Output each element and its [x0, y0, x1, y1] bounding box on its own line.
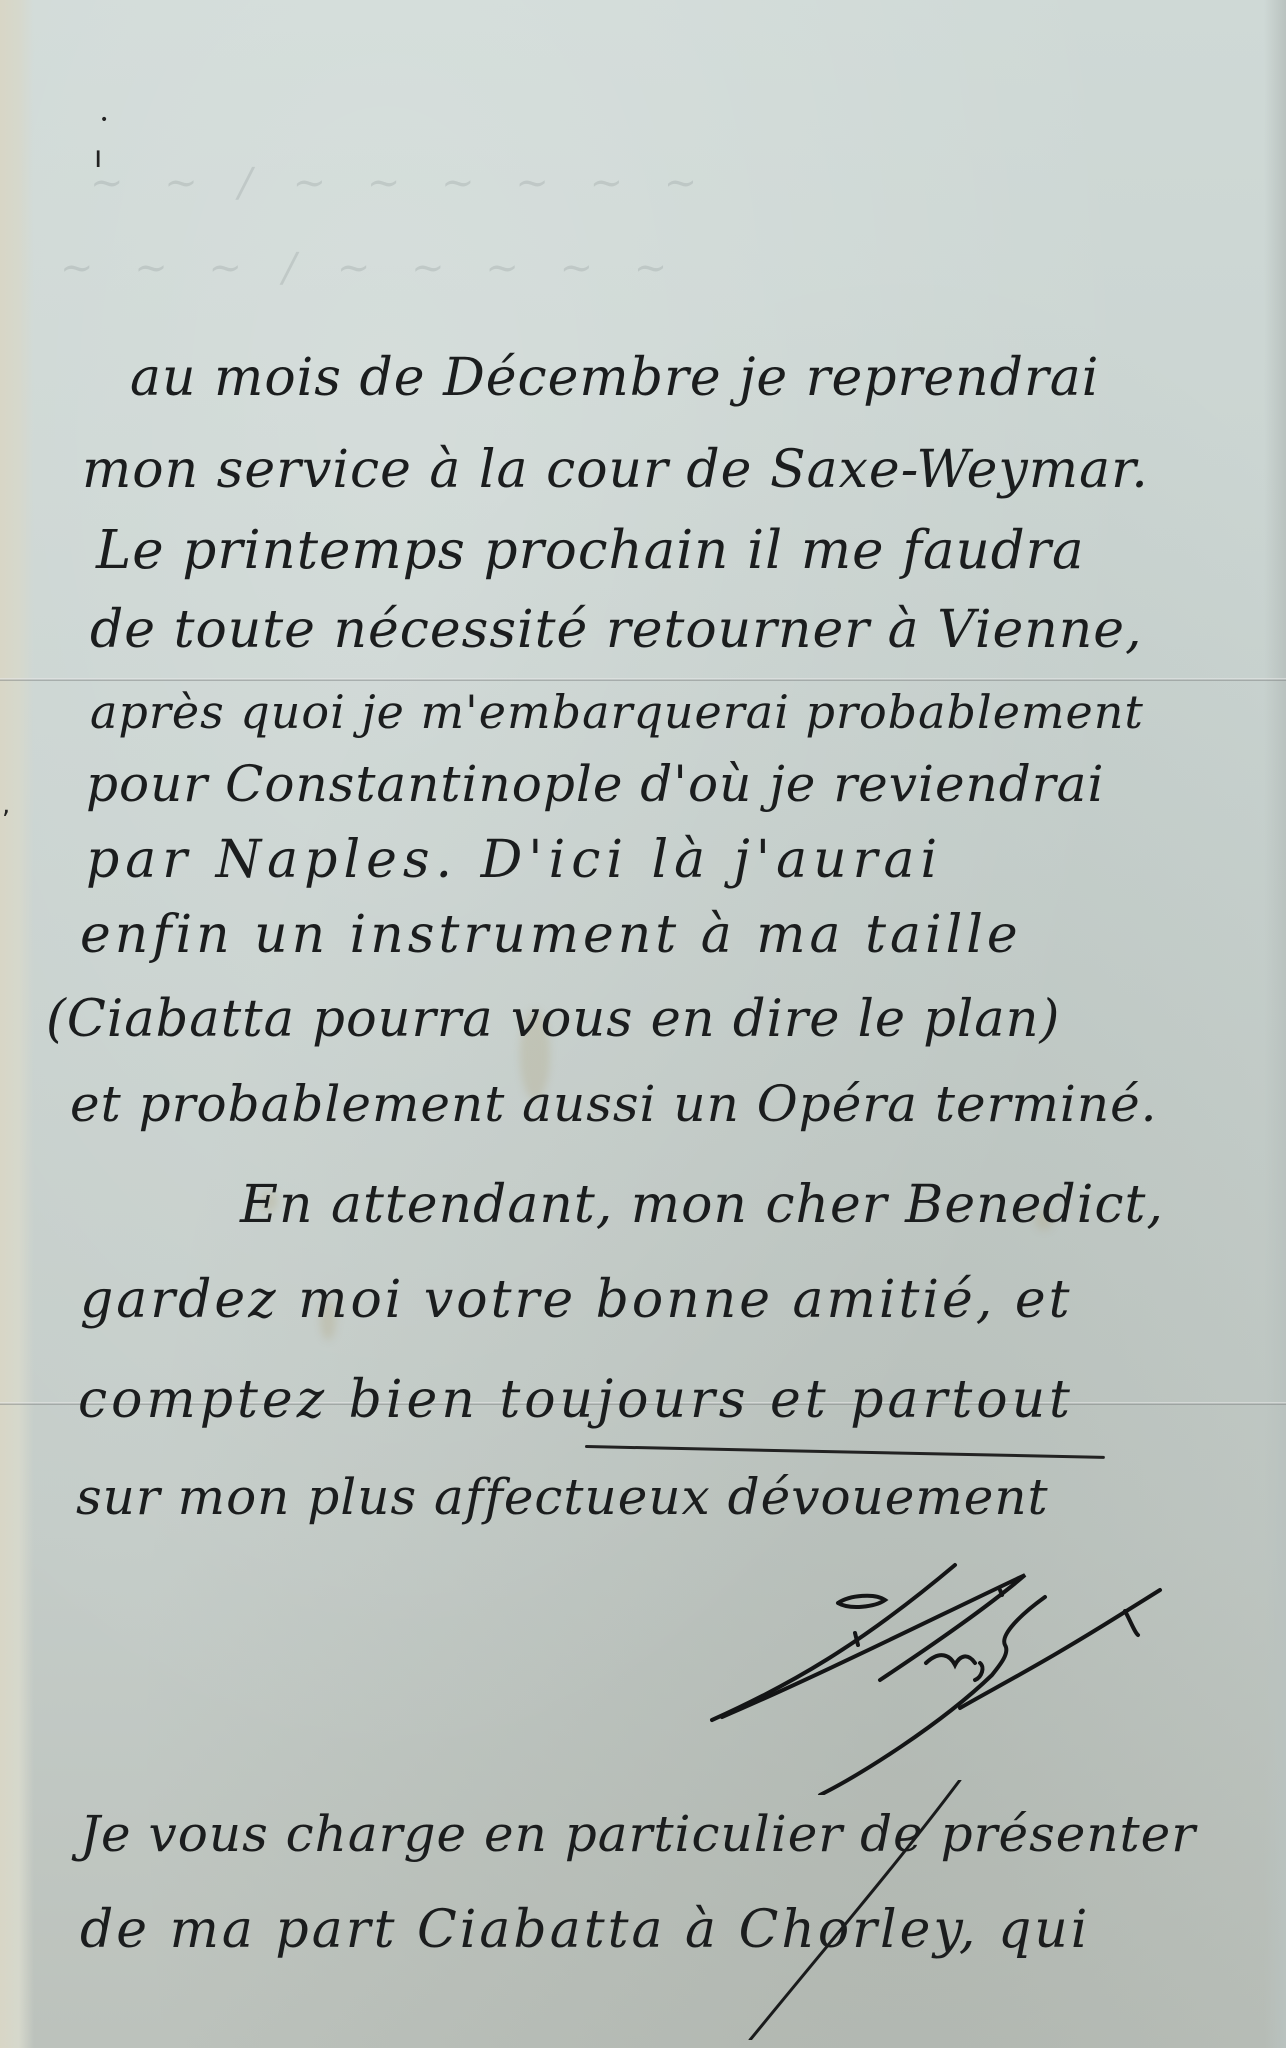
closing-line: gardez moi votre bonne amitié, et	[80, 1270, 1073, 1330]
paper-left-edge	[0, 0, 34, 2048]
underline-toujours-et-partout	[585, 1445, 1105, 1459]
letter-line: par Naples. D'ici là j'aurai	[86, 830, 943, 890]
letter-line: (Ciabatta pourra vous en dire le plan)	[46, 990, 1060, 1049]
bleed-through-text: ~ ~ ~ ∕ ~ ~ ~ ~ ~	[60, 245, 681, 291]
letter-line: mon service à la cour de Saxe-Weymar.	[82, 440, 1149, 500]
closing-line: comptez bien toujours et partout	[78, 1370, 1074, 1430]
letter-line: et probablement aussi un Opéra terminé.	[70, 1075, 1158, 1133]
paper-fold-line	[0, 678, 1286, 681]
closing-line: sur mon plus affectueux dévouement	[76, 1468, 1049, 1526]
letter-line: Le printemps prochain il me faudra	[96, 520, 1085, 581]
letter-line: au mois de Décembre je reprendrai	[130, 348, 1099, 408]
closing-line: En attendant, mon cher Benedict,	[240, 1175, 1164, 1235]
ink-mark: ,	[2, 790, 10, 820]
postscript-line: de ma part Ciabatta à Chorley, qui	[80, 1900, 1090, 1960]
letter-line: de toute nécessité retourner à Vienne,	[90, 600, 1143, 660]
letter-page: ~ ~ ∕ ~ ~ ~ ~ ~ ~ ~ ~ ~ ∕ ~ ~ ~ ~ ~ • ı …	[0, 0, 1286, 2048]
paper-right-edge	[1264, 0, 1286, 2048]
letter-line: enfin un instrument à ma taille	[80, 905, 1022, 965]
bleed-through-text: ~ ~ ∕ ~ ~ ~ ~ ~ ~	[90, 160, 711, 206]
ink-mark: ı	[94, 140, 102, 175]
postscript-line: Je vous charge en particulier de présent…	[80, 1805, 1196, 1863]
ink-dot: •	[100, 112, 108, 128]
letter-line: après quoi je m'embarquerai probablement	[90, 685, 1144, 739]
letter-line: pour Constantinople d'où je reviendrai	[86, 755, 1104, 813]
